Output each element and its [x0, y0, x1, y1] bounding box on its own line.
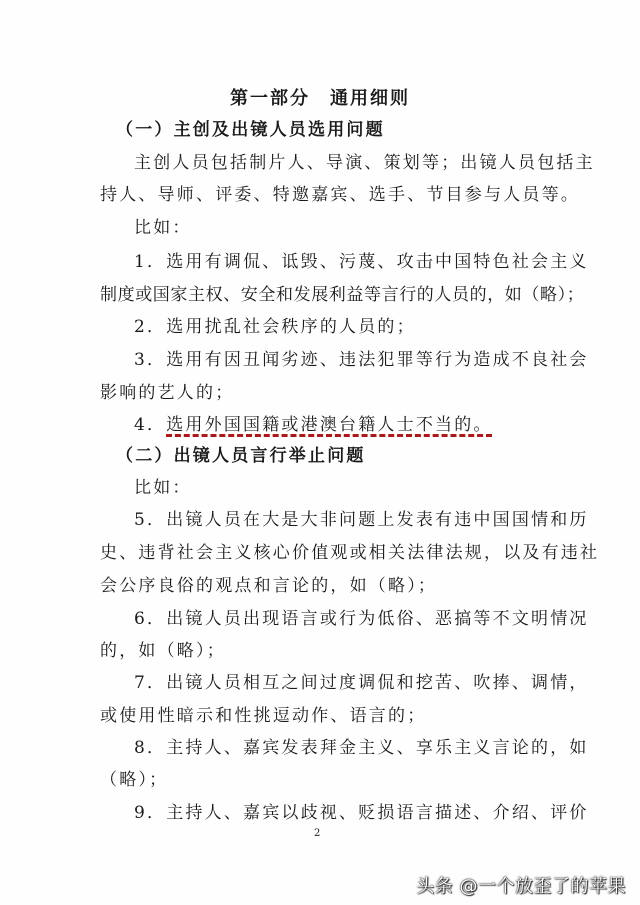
list-item-5: 5．出镜人员在大是大非问题上发表有违中国国情和历 — [134, 508, 594, 532]
highlighted-text: 选用外国国籍或港澳台籍人士不当的。 — [166, 415, 492, 435]
paragraph-line: 比如： — [134, 216, 594, 240]
list-item-8: 8．主持人、嘉宾发表拜金主义、享乐主义言论的，如 — [134, 736, 594, 760]
paragraph-line: 影响的艺人的； — [100, 381, 560, 405]
paragraph-line: 史、违背社会主义核心价值观或相关法律法规，以及有违社 — [100, 541, 560, 565]
paragraph-line: 或使用性暗示和性挑逗动作、语言的； — [100, 704, 560, 728]
paragraph-line: 制度或国家主权、安全和发展利益等言行的人员的，如（略）； — [100, 283, 560, 307]
paragraph-line: 的，如（略）； — [100, 639, 560, 663]
document-page: 第一部分 通用细则 （一）主创及出镜人员选用问题 主创人员包括制片人、导演、策划… — [0, 0, 640, 905]
list-item-7: 7．出镜人员相互之间过度调侃和挖苦、吹捧、调情， — [134, 671, 594, 695]
watermark: 头条 @一个放歪了的苹果 — [416, 872, 626, 898]
page-number: 2 — [314, 828, 320, 839]
list-item-2: 2．选用扰乱社会秩序的人员的； — [134, 315, 594, 339]
paragraph-line: 会公序良俗的观点和言论的，如（略）； — [100, 574, 560, 598]
list-item-1: 1．选用有调侃、诋毁、污蔑、攻击中国特色社会主义 — [134, 250, 594, 274]
paragraph-line: 持人、导师、评委、特邀嘉宾、选手、节目参与人员等。 — [100, 183, 560, 207]
paragraph-line: 主创人员包括制片人、导演、策划等；出镜人员包括主 — [134, 151, 594, 175]
list-item-3: 3．选用有因丑闻劣迹、违法犯罪等行为造成不良社会 — [134, 348, 594, 372]
list-item-9: 9．主持人、嘉宾以歧视、贬损语言描述、介绍、评价 — [134, 801, 594, 825]
list-item-6: 6．出镜人员出现语言或行为低俗、恶搞等不文明情况 — [134, 607, 594, 631]
list-item-4: 4．选用外国国籍或港澳台籍人士不当的。 — [134, 413, 594, 437]
paragraph-line: 比如： — [134, 476, 594, 500]
document-title: 第一部分 通用细则 — [0, 84, 640, 110]
paragraph-line: （略）； — [100, 768, 560, 792]
section-heading-2: （二）出镜人员言行举止问题 — [116, 444, 576, 468]
list-item-4-number: 4． — [134, 415, 166, 435]
section-heading-1: （一）主创及出镜人员选用问题 — [116, 118, 576, 142]
